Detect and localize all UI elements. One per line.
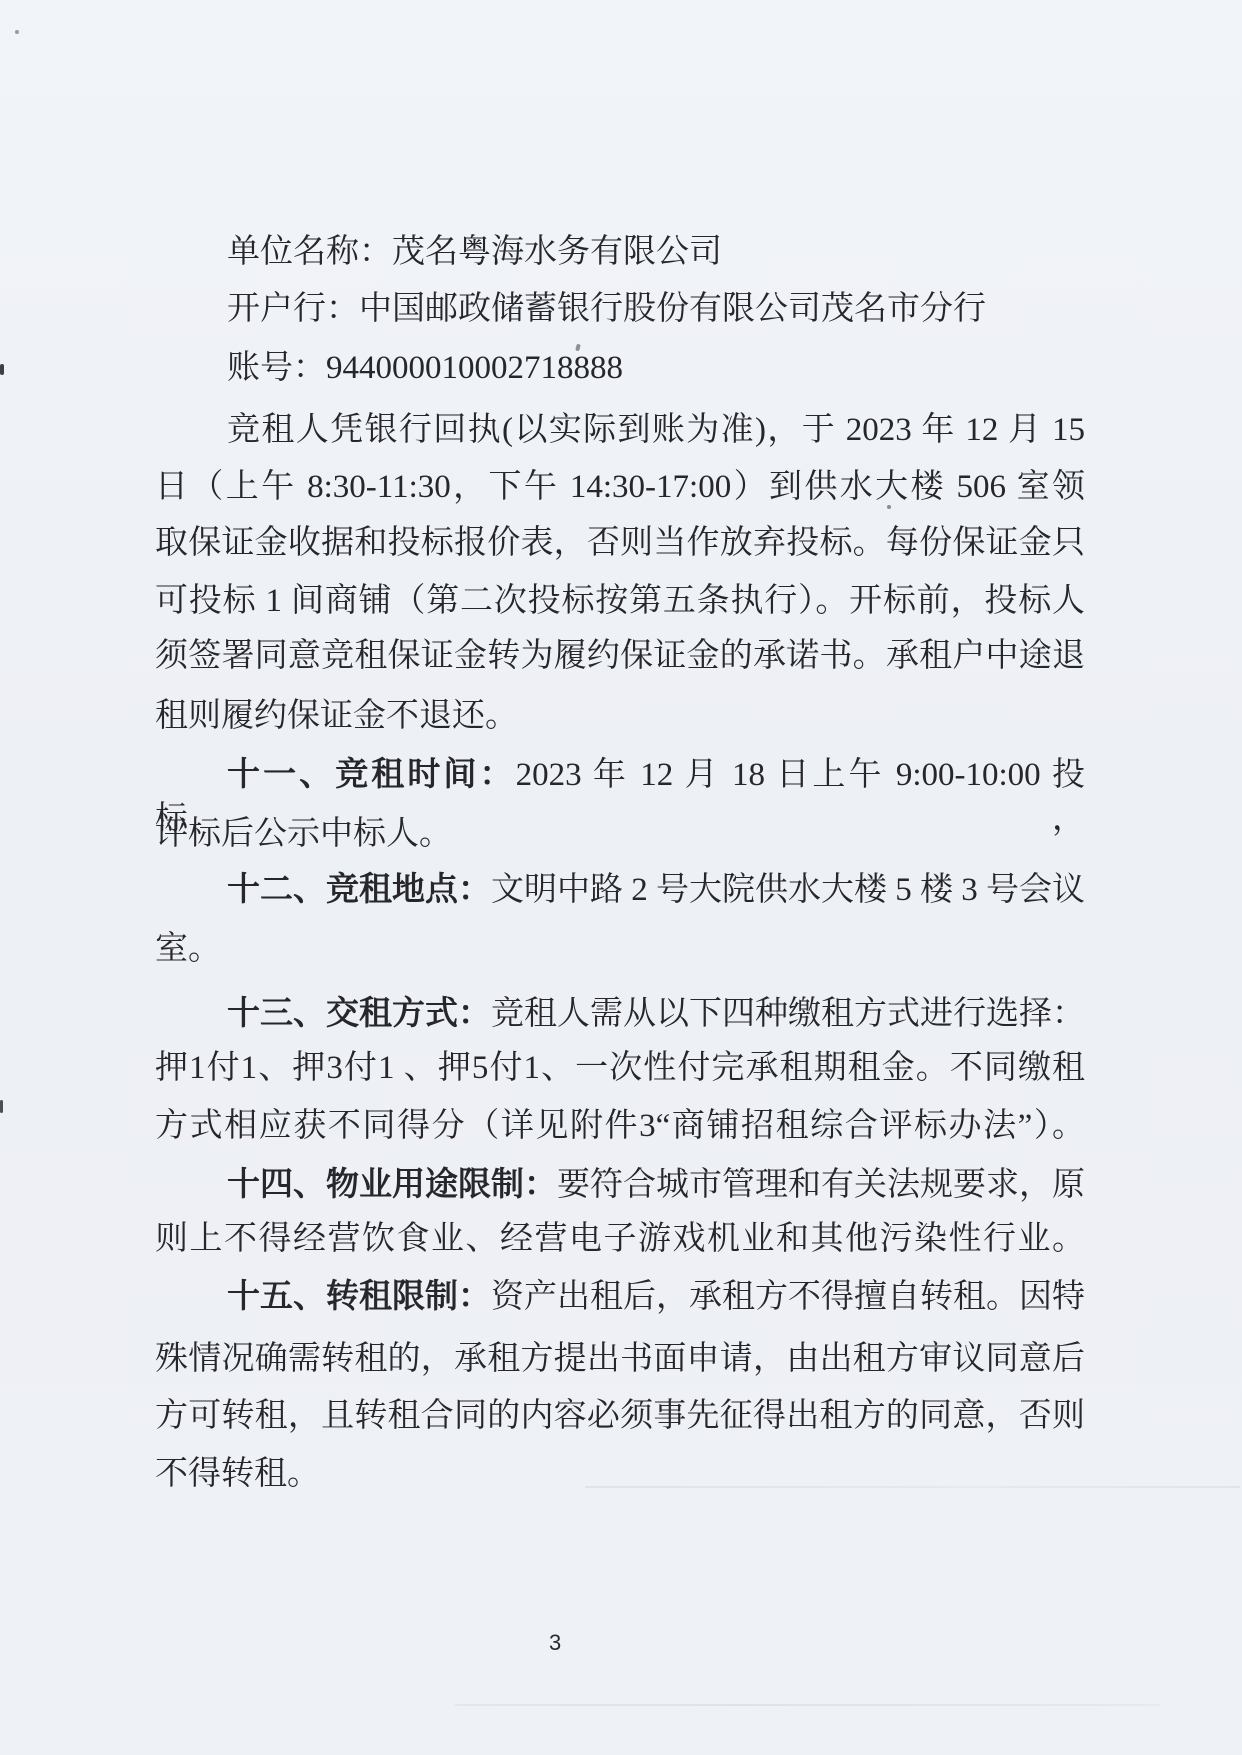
text-line: 单位名称：茂名粤海水务有限公司 bbox=[155, 230, 1085, 276]
scan-speck bbox=[887, 505, 891, 509]
text-line: 开户行：中国邮政储蓄银行股份有限公司茂名市分行 bbox=[155, 287, 1085, 333]
text-line-content: 可投标 1 间商铺（第二次投标按第五条执行）。开标前，投标人 bbox=[155, 583, 1085, 619]
text-line-content: 账号：944000010002718888 bbox=[227, 350, 623, 386]
text-line: 十一、竞租时间：2023 年 12 月 18 日上午 9:00-10:00 投标… bbox=[155, 752, 1085, 798]
section-heading: 十五、转租限制： bbox=[227, 1277, 491, 1314]
text-line-content: 竞租人凭银行回执(以实际到账为准)，于 2023 年 12 月 15 bbox=[227, 412, 1085, 448]
text-line: 十四、物业用途限制：要符合城市管理和有关法规要求，原 bbox=[155, 1162, 1085, 1208]
text-line-content: 文明中路 2 号大院供水大楼 5 楼 3 号会议 bbox=[491, 872, 1085, 908]
text-line-content: 取保证金收据和投标报价表，否则当作放弃投标。每份保证金只 bbox=[155, 525, 1085, 561]
text-line: 方可转租，且转租合同的内容必须事先征得出租方的同意，否则 bbox=[155, 1394, 1085, 1440]
text-line: 租则履约保证金不退还。 bbox=[155, 694, 1085, 740]
text-line: 十二、竞租地点：文明中路 2 号大院供水大楼 5 楼 3 号会议 bbox=[155, 867, 1085, 913]
text-line: 须签署同意竞租保证金转为履约保证金的承诺书。承租户中途退 bbox=[155, 634, 1085, 680]
text-line-content: 评标后公示中标人。 bbox=[155, 816, 452, 852]
scanned-document-page: 单位名称：茂名粤海水务有限公司 开户行：中国邮政储蓄银行股份有限公司茂名市分行 … bbox=[0, 0, 1242, 1755]
section-heading: 十四、物业用途限制： bbox=[227, 1165, 557, 1202]
text-line: 账号：944000010002718888 bbox=[155, 346, 1085, 392]
text-line: 殊情况确需转租的，承租方提出书面申请，由出租方审议同意后 bbox=[155, 1337, 1085, 1383]
text-line: 押1付1、押3付1 、押5付1、一次性付完承租期租金。不同缴租 bbox=[155, 1046, 1085, 1092]
text-line: 日（上午 8:30-11:30，下午 14:30-17:00）到供水大楼 506… bbox=[155, 465, 1085, 511]
page-number: 3 bbox=[549, 1630, 561, 1656]
section-heading: 十一、竞租时间： bbox=[227, 755, 516, 792]
section-heading: 十二、竞租地点： bbox=[227, 870, 491, 907]
text-line: 十三、交租方式：竞租人需从以下四种缴租方式进行选择： bbox=[155, 991, 1085, 1037]
text-line-content: 开户行：中国邮政储蓄银行股份有限公司茂名市分行 bbox=[227, 291, 986, 327]
text-line: 竞租人凭银行回执(以实际到账为准)，于 2023 年 12 月 15 bbox=[155, 408, 1085, 454]
scan-edge-mark bbox=[0, 1100, 3, 1113]
text-line: 取保证金收据和投标报价表，否则当作放弃投标。每份保证金只 bbox=[155, 521, 1085, 567]
scan-artifact-line bbox=[455, 1704, 1160, 1706]
text-line: 则上不得经营饮食业、经营电子游戏机业和其他污染性行业。 bbox=[155, 1217, 1085, 1263]
text-line: 可投标 1 间商铺（第二次投标按第五条执行）。开标前，投标人 bbox=[155, 579, 1085, 625]
text-line-content: 须签署同意竞租保证金转为履约保证金的承诺书。承租户中途退 bbox=[155, 638, 1085, 674]
scan-edge-mark bbox=[0, 364, 4, 375]
text-line-content: 押1付1、押3付1 、押5付1、一次性付完承租期租金。不同缴租 bbox=[155, 1050, 1085, 1086]
text-line-content: 不得转租。 bbox=[155, 1456, 320, 1492]
scan-speck bbox=[15, 30, 19, 34]
text-line: 不得转租。 bbox=[155, 1452, 1085, 1498]
text-line-content: 方可转租，且转租合同的内容必须事先征得出租方的同意，否则 bbox=[155, 1398, 1085, 1434]
section-heading: 十三、交租方式： bbox=[227, 994, 491, 1031]
text-line-content: 日（上午 8:30-11:30，下午 14:30-17:00）到供水大楼 506… bbox=[155, 469, 1085, 505]
text-line: 评标后公示中标人。 bbox=[155, 812, 1085, 858]
scan-artifact-line bbox=[585, 1486, 1240, 1488]
text-line-content: 殊情况确需转租的，承租方提出书面申请，由出租方审议同意后 bbox=[155, 1341, 1085, 1377]
text-line-content: 租则履约保证金不退还。 bbox=[155, 698, 518, 734]
text-line-content: 单位名称：茂名粤海水务有限公司 bbox=[227, 234, 722, 270]
text-line-content: 室。 bbox=[155, 931, 221, 967]
text-line: 方式相应获不同得分（详见附件3“商铺招租综合评标办法”）。 bbox=[155, 1104, 1085, 1150]
text-line-content: 方式相应获不同得分（详见附件3“商铺招租综合评标办法”）。 bbox=[155, 1108, 1085, 1144]
text-line: 十五、转租限制：资产出租后，承租方不得擅自转租。因特 bbox=[155, 1274, 1085, 1320]
text-line-content: 则上不得经营饮食业、经营电子游戏机业和其他污染性行业。 bbox=[155, 1221, 1085, 1257]
text-line-content: 竞租人需从以下四种缴租方式进行选择： bbox=[491, 996, 1085, 1032]
text-line-content: 要符合城市管理和有关法规要求，原 bbox=[557, 1167, 1085, 1203]
text-line-content: 资产出租后，承租方不得擅自转租。因特 bbox=[491, 1279, 1085, 1315]
text-line: 室。 bbox=[155, 927, 1085, 973]
